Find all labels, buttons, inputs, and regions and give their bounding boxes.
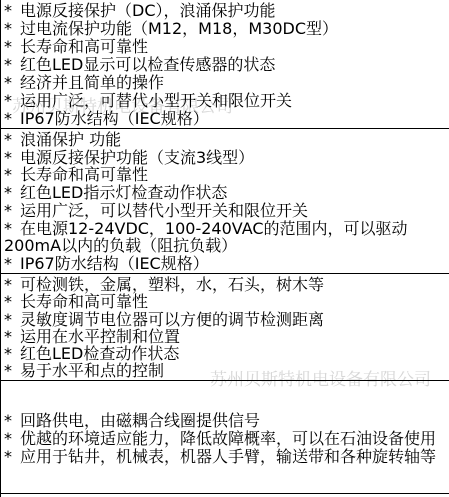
bullet-asterisk: *: [4, 19, 12, 38]
feature-item-text: 红色LED检查动作状态: [20, 344, 179, 363]
feature-item: *红色LED检查动作状态: [4, 345, 449, 362]
feature-item: *运用广泛，可以替代小型开关和限位开关: [4, 202, 449, 220]
feature-item: *运用广泛，可替代小型开关和限位开关: [4, 92, 449, 110]
feature-item: *红色LED显示可以检查传感器的状态: [4, 56, 449, 74]
feature-item: *应用于钻井，机械表，机器人手臂，输送带和各种旋转轴等: [4, 448, 449, 466]
feature-item-text: 过电流保护功能（M12，M18，M30DC型）: [20, 19, 338, 38]
feature-item: *运用在水平控制和位置: [4, 328, 449, 345]
bullet-asterisk: *: [4, 1, 12, 20]
bullet-asterisk: *: [4, 183, 12, 202]
bullet-asterisk: *: [4, 148, 12, 167]
feature-item-text: 应用于钻井，机械表，机器人手臂，输送带和各种旋转轴等: [20, 447, 436, 466]
feature-item: *红色LED指示灯检查动作状态: [4, 184, 449, 202]
feature-item: *长寿命和高可靠性: [4, 293, 449, 310]
feature-item-text: 回路供电，由磁耦合线圈提供信号: [20, 411, 260, 430]
feature-item-text: 可检测铁，金属，塑料，水，石头，树木等: [20, 275, 324, 294]
feature-item-text: 电源反接保护（DC），浪涌保护功能: [20, 1, 276, 20]
bullet-asterisk: *: [4, 130, 12, 149]
bullet-asterisk: *: [4, 254, 12, 273]
feature-item-text: IP67防水结构（IEC规格）: [20, 254, 209, 273]
bullet-asterisk: *: [4, 447, 12, 466]
bullet-asterisk: *: [4, 201, 12, 220]
feature-item-text: 电源反接保护功能（支流3线型）: [20, 148, 254, 167]
feature-section-capacitive-sensor: *可检测铁，金属，塑料，水，石头，树木等*长寿命和高可靠性*灵敏度调节电位器可以…: [1, 274, 449, 381]
bullet-asterisk: *: [4, 275, 12, 294]
bullet-asterisk: *: [4, 310, 12, 329]
feature-item: *在电源12-24VDC，100-240VAC的范围内，可以驱动200mA以内的…: [4, 220, 449, 255]
bullet-asterisk: *: [4, 73, 12, 92]
feature-item: *IP67防水结构（IEC规格）: [4, 255, 449, 273]
feature-item-text: 易于水平和点的控制: [20, 361, 164, 380]
feature-item-text: 长寿命和高可靠性: [20, 292, 148, 311]
feature-item-text: 长寿命和高可靠性: [20, 165, 148, 184]
feature-document: 苏州贝斯特机电设备有限公司 苏州贝斯特机电设备有限公司 *电源反接保护（DC），…: [0, 0, 449, 497]
feature-item-text: 经济并且简单的操作: [20, 73, 164, 92]
bullet-asterisk: *: [4, 361, 12, 380]
bullet-asterisk: *: [4, 344, 12, 363]
bullet-asterisk: *: [4, 165, 12, 184]
feature-item: *经济并且简单的操作: [4, 74, 449, 92]
feature-item-text: 优越的环境适应能力，降低故障概率，可以在石油设备使用: [20, 429, 436, 448]
bullet-asterisk: *: [4, 55, 12, 74]
feature-item-text: 在电源12-24VDC，100-240VAC的范围内，可以驱动200mA以内的负…: [4, 219, 408, 256]
feature-item: *浪涌保护 功能: [4, 131, 449, 149]
feature-item-text: 红色LED显示可以检查传感器的状态: [20, 55, 275, 74]
feature-item: *电源反接保护功能（支流3线型）: [4, 149, 449, 167]
bullet-asterisk: *: [4, 37, 12, 56]
feature-section-loop-powered-sensor: *回路供电，由磁耦合线圈提供信号*优越的环境适应能力，降低故障概率，可以在石油设…: [1, 381, 449, 494]
feature-item-text: 运用广泛，可以替代小型开关和限位开关: [20, 201, 308, 220]
feature-item-text: 灵敏度调节电位器可以方便的调节检测距离: [20, 310, 324, 329]
feature-item-text: 运用广泛，可替代小型开关和限位开关: [20, 91, 292, 110]
bullet-asterisk: *: [4, 292, 12, 311]
feature-item-text: 运用在水平控制和位置: [20, 327, 180, 346]
feature-item-text: 红色LED指示灯检查动作状态: [20, 183, 227, 202]
feature-item: *过电流保护功能（M12，M18，M30DC型）: [4, 20, 449, 38]
feature-item: *电源反接保护（DC），浪涌保护功能: [4, 2, 449, 20]
feature-item: *可检测铁，金属，塑料，水，石头，树木等: [4, 276, 449, 293]
bullet-asterisk: *: [4, 219, 12, 238]
feature-item: *回路供电，由磁耦合线圈提供信号: [4, 412, 449, 430]
bullet-asterisk: *: [4, 109, 12, 128]
bullet-asterisk: *: [4, 91, 12, 110]
feature-item: *长寿命和高可靠性: [4, 166, 449, 184]
feature-item-text: 长寿命和高可靠性: [20, 37, 148, 56]
bullet-asterisk: *: [4, 411, 12, 430]
feature-item: *IP67防水结构（IEC规格）: [4, 110, 449, 128]
feature-item: *灵敏度调节电位器可以方便的调节检测距离: [4, 311, 449, 328]
feature-section-ac-sensor: *浪涌保护 功能*电源反接保护功能（支流3线型）*长寿命和高可靠性*红色LED指…: [1, 129, 449, 274]
feature-item-text: IP67防水结构（IEC规格）: [20, 109, 209, 128]
feature-item: *优越的环境适应能力，降低故障概率，可以在石油设备使用: [4, 430, 449, 448]
feature-item: *易于水平和点的控制: [4, 362, 449, 379]
feature-item: *长寿命和高可靠性: [4, 38, 449, 56]
bullet-asterisk: *: [4, 327, 12, 346]
feature-item-text: 浪涌保护 功能: [20, 130, 121, 149]
feature-section-dc-sensor: *电源反接保护（DC），浪涌保护功能*过电流保护功能（M12，M18，M30DC…: [1, 0, 449, 129]
bullet-asterisk: *: [4, 429, 12, 448]
